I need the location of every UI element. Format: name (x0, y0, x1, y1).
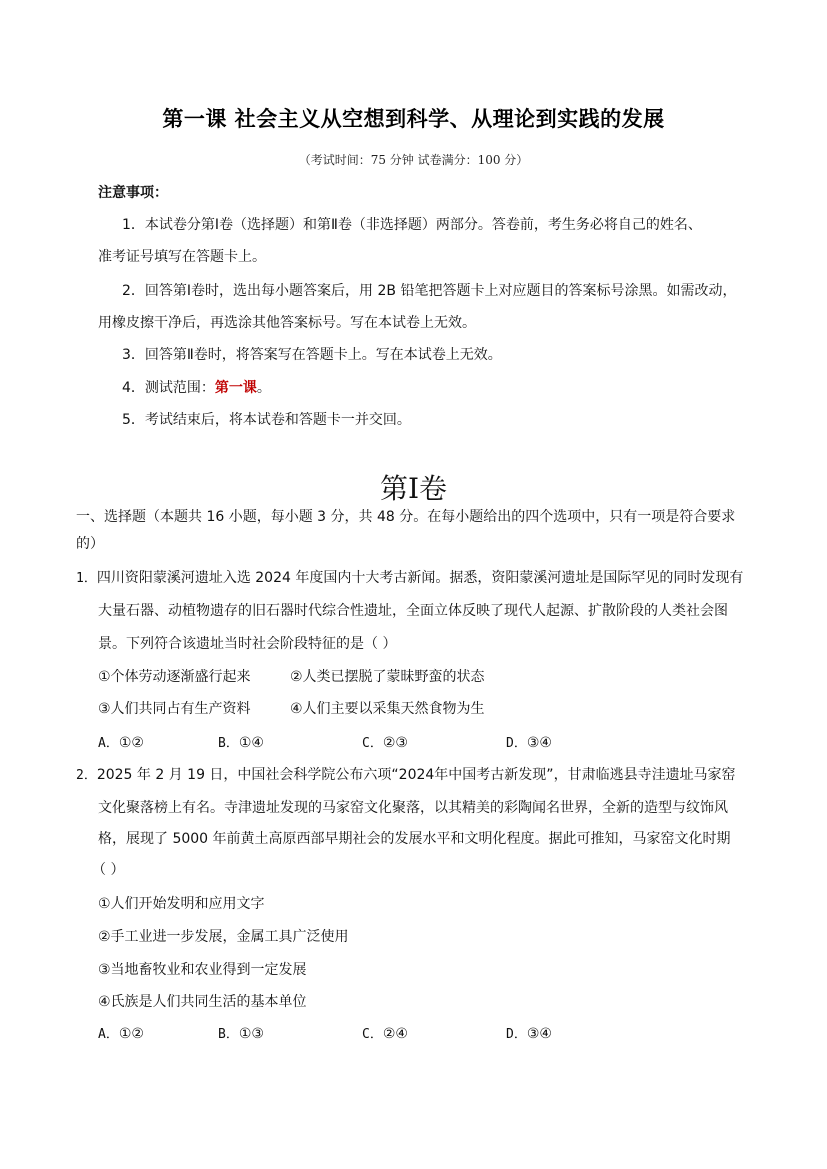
question-2-text-1: 2025 年 2 月 19 日，中国社会科学院公布六项“2024年中国考古新发现… (97, 767, 736, 783)
note-4-suffix: 。 (257, 380, 271, 396)
choice-value: ①② (119, 1026, 144, 1042)
question-2-choice-b[interactable]: B．①③ (218, 1024, 264, 1045)
note-4: 4．测试范围：第一课。 (122, 378, 271, 398)
notes-heading: 注意事项： (98, 183, 168, 203)
question-1-choice-c[interactable]: C．②③ (362, 733, 408, 754)
note-1-line-1: 1．本试卷分第Ⅰ卷（选择题）和第Ⅱ卷（非选择题）两部分。答卷前，考生务必将自己的… (122, 215, 702, 235)
question-2-line-2: 文化聚落榜上有名。寺津遗址发现的马家窑文化聚落，以其精美的彩陶闻名世界，全新的造… (98, 798, 728, 818)
question-1-choice-b[interactable]: B．①④ (218, 733, 264, 754)
exam-title: 第一课 社会主义从空想到科学、从理论到实践的发展 (0, 103, 827, 133)
question-1-line-1: 1．四川资阳蒙溪河遗址入选 2024 年度国内十大考古新闻。据悉，资阳蒙溪河遗址… (76, 568, 743, 589)
volume-title: 第I卷 (0, 467, 827, 507)
question-2-statement-4: ④氏族是人们共同生活的基本单位 (98, 992, 307, 1012)
question-1-number: 1． (76, 571, 97, 586)
note-2-line-2: 用橡皮擦干净后，再选涂其他答案标号。写在本试卷上无效。 (98, 313, 476, 333)
question-1-line-3: 景。下列符合该遗址当时社会阶段特征的是（ ） (98, 634, 396, 654)
choice-label: A． (98, 1027, 119, 1042)
note-2-line-1: 2．回答第Ⅰ卷时，选出每小题答案后，用 2B 铅笔把答题卡上对应题目的答案标号涂… (122, 281, 736, 301)
choice-value: ③④ (527, 1026, 552, 1042)
question-1-statement-4: ④人们主要以采集天然食物为生 (290, 699, 485, 719)
choice-value: ③④ (527, 735, 552, 751)
test-scope-highlight: 第一课 (215, 380, 257, 396)
question-1-choice-a[interactable]: A．①② (98, 733, 144, 754)
question-1-text-1: 四川资阳蒙溪河遗址入选 2024 年度国内十大考古新闻。据悉，资阳蒙溪河遗址是国… (97, 570, 744, 586)
note-5: 5．考试结束后，将本试卷和答题卡一并交回。 (122, 410, 411, 430)
choice-label: A． (98, 736, 119, 751)
question-1-line-2: 大量石器、动植物遗存的旧石器时代综合性遗址，全面立体反映了现代人起源、扩散阶段的… (98, 601, 728, 621)
choice-label: D． (506, 1027, 527, 1042)
choice-label: C． (362, 736, 383, 751)
exam-subtitle: （考试时间：75 分钟 试卷满分：100 分） (0, 151, 827, 168)
choice-value: ①② (119, 735, 144, 751)
question-1-statement-3: ③人们共同占有生产资料 (98, 699, 251, 719)
choice-value: ①④ (239, 735, 264, 751)
note-4-prefix: 4．测试范围： (122, 380, 215, 396)
question-2-statement-3: ③当地畜牧业和农业得到一定发展 (98, 960, 307, 980)
section-heading-line-1: 一、选择题（本题共 16 小题，每小题 3 分，共 48 分。在每小题给出的四个… (76, 507, 735, 527)
question-1-statement-2: ②人类已摆脱了蒙昧野蛮的状态 (290, 667, 485, 687)
question-1-statement-1: ①个体劳动逐渐盛行起来 (98, 667, 251, 687)
question-1-choice-d[interactable]: D．③④ (506, 733, 552, 754)
question-2-statement-1: ①人们开始发明和应用文字 (98, 894, 265, 914)
choice-label: C． (362, 1027, 383, 1042)
question-2-statement-2: ②手工业进一步发展，金属工具广泛使用 (98, 927, 349, 947)
question-2-choice-d[interactable]: D．③④ (506, 1024, 552, 1045)
question-2-choice-c[interactable]: C．②④ (362, 1024, 408, 1045)
choice-label: B． (218, 1027, 239, 1042)
exam-page: 第一课 社会主义从空想到科学、从理论到实践的发展 （考试时间：75 分钟 试卷满… (0, 0, 827, 1169)
choice-value: ②③ (383, 735, 408, 751)
choice-value: ①③ (239, 1026, 264, 1042)
note-3: 3．回答第Ⅱ卷时，将答案写在答题卡上。写在本试卷上无效。 (122, 345, 502, 365)
choice-label: B． (218, 736, 239, 751)
note-1-line-2: 准考证号填写在答题卡上。 (98, 247, 266, 267)
question-2-choice-a[interactable]: A．①② (98, 1024, 144, 1045)
question-2-number: 2． (76, 768, 97, 783)
choice-label: D． (506, 736, 527, 751)
question-2-line-3: 格，展现了 5000 年前黄土高原西部早期社会的发展水平和文明化程度。据此可推知… (98, 829, 731, 849)
question-2-line-4: （ ） (92, 860, 124, 880)
question-2-line-1: 2．2025 年 2 月 19 日，中国社会科学院公布六项“2024年中国考古新… (76, 765, 736, 786)
section-heading-line-2: 的） (76, 534, 104, 554)
choice-value: ②④ (383, 1026, 408, 1042)
